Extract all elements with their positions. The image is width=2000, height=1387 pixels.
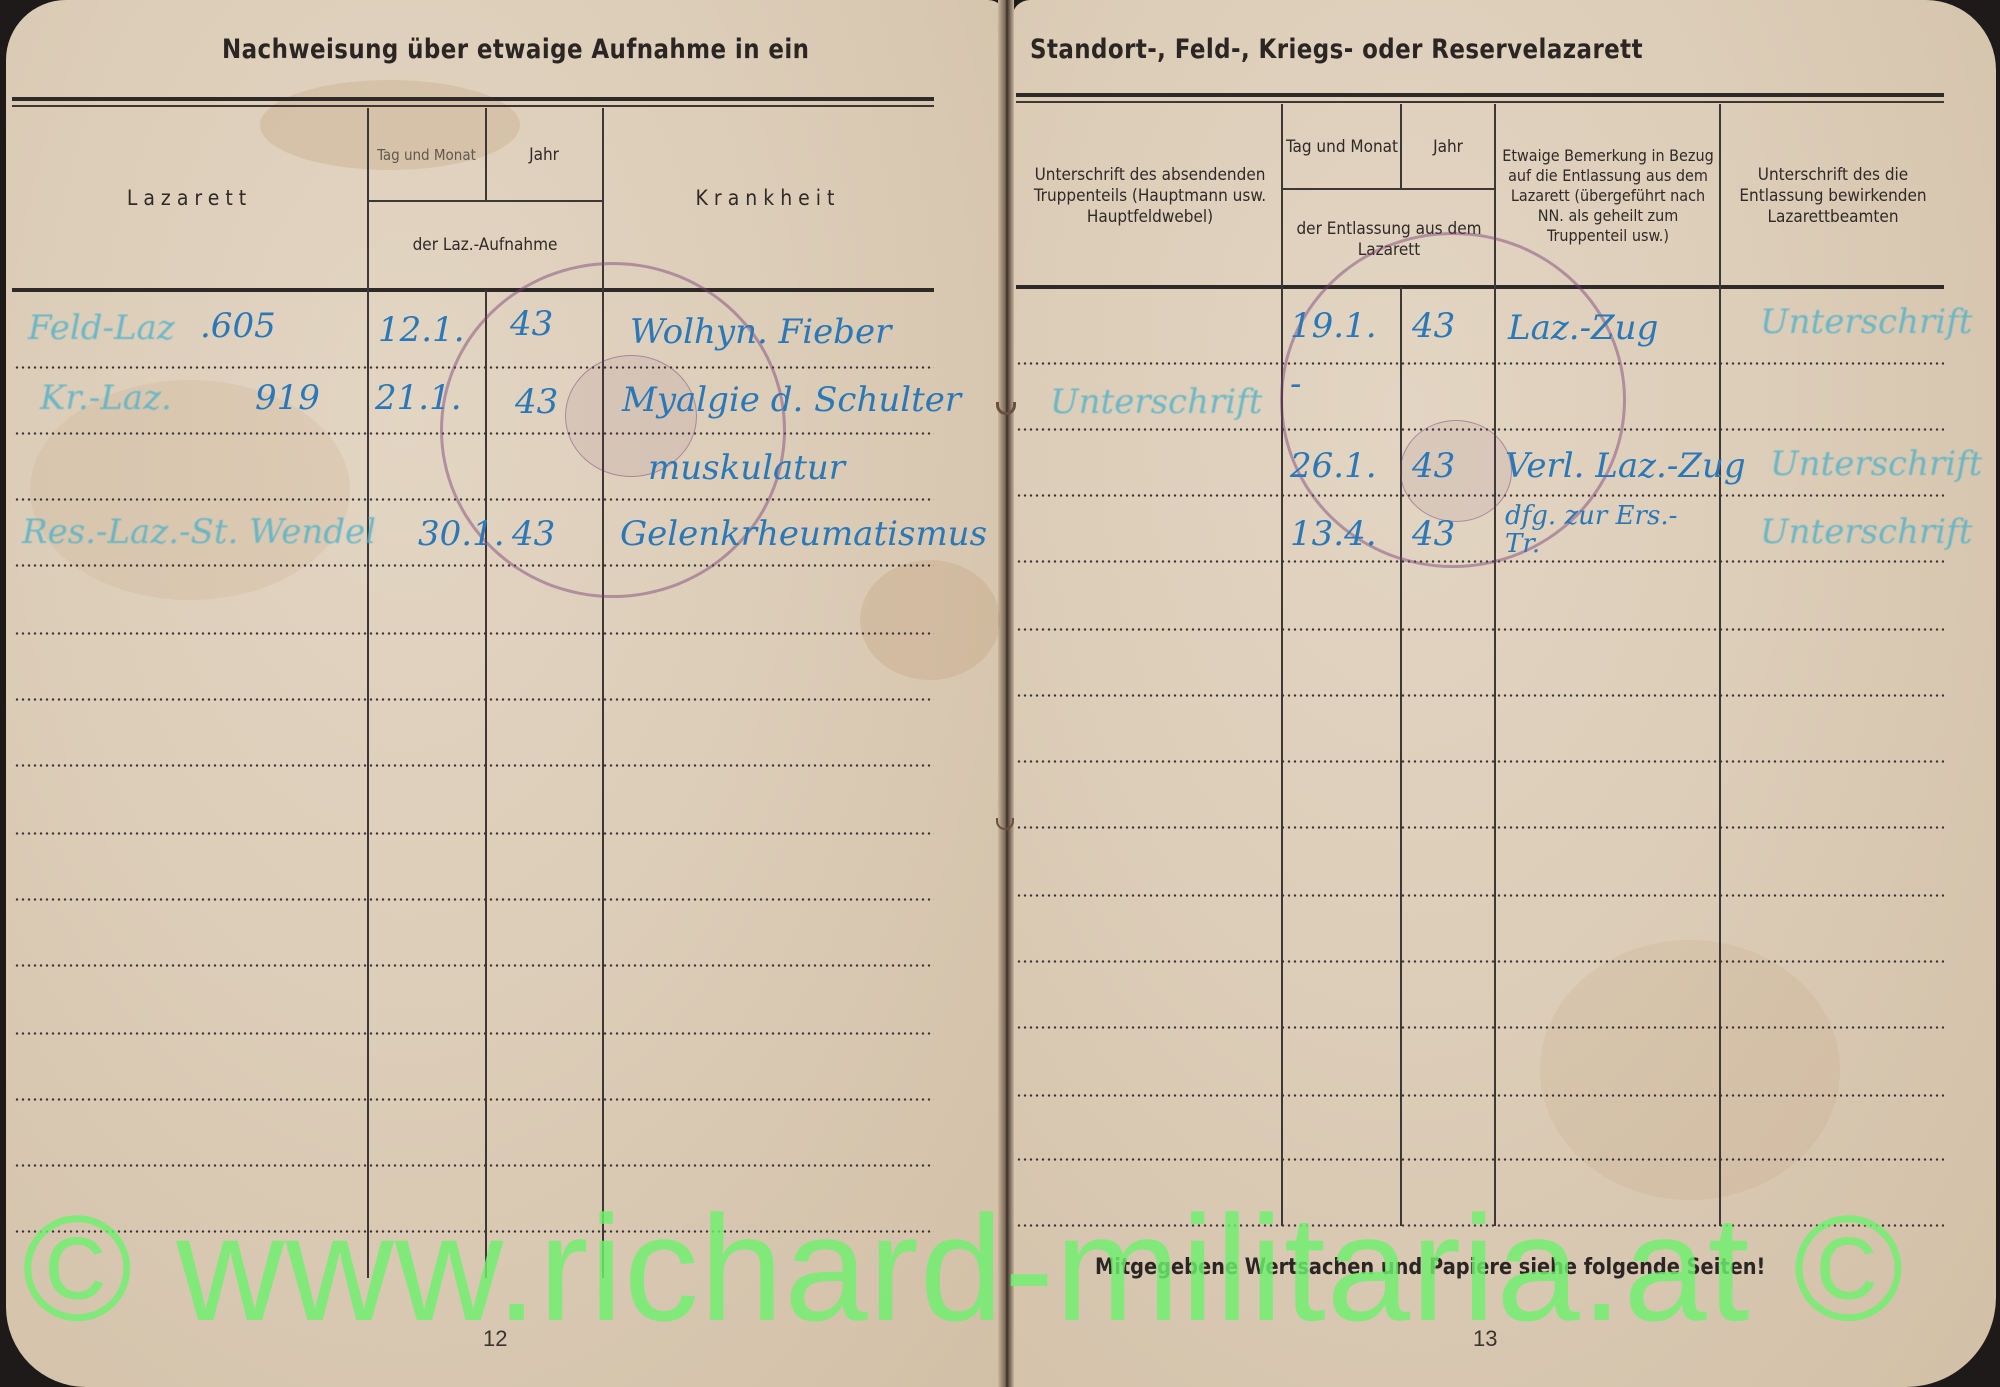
- row-line: [14, 964, 934, 967]
- row1-krankheit: Wolhyn. Fieber: [630, 312, 891, 352]
- row1-lazarett-faded: Feld-Laz: [28, 308, 175, 348]
- header-jahr: Jahr: [486, 120, 602, 190]
- book-spine: [998, 0, 1014, 1387]
- row-line: [1016, 960, 1944, 963]
- page-number-left: 12: [483, 1326, 507, 1352]
- row-line: [14, 632, 934, 635]
- top-rule-right-thin: [1016, 101, 1944, 103]
- header-tag-monat-right: Tag und Monat: [1284, 112, 1400, 182]
- row4-tag-monat: 30.1.: [418, 514, 505, 554]
- r-row3-unterschrift: Unterschrift: [1770, 444, 1982, 484]
- row2-krankheit: Myalgie d. Schulter: [622, 380, 961, 420]
- row2-lazarett: 919: [255, 378, 320, 418]
- row-line: [14, 832, 934, 835]
- subheader-rule: [368, 200, 602, 202]
- header-krankheit: Krankheit: [603, 108, 933, 288]
- row-line: [1016, 1158, 1944, 1161]
- page-number-right: 13: [1473, 1326, 1497, 1352]
- row1-jahr: 43: [510, 304, 553, 344]
- footer-note: Mitgegebene Wertsachen und Papiere siehe…: [1095, 1255, 1765, 1280]
- row-line: [1016, 1026, 1944, 1029]
- row4-krankheit: Gelenkrheumatismus: [620, 514, 987, 554]
- row-line: [1016, 1224, 1944, 1227]
- header-lazarett: Lazarett: [12, 108, 367, 288]
- row-line: [14, 898, 934, 901]
- row-line: [1016, 694, 1944, 697]
- row2-jahr: 43: [515, 382, 558, 422]
- r-row4-bemerkung: dfg. zur Ers.-Tr.: [1505, 502, 1705, 558]
- top-rule-right: [1016, 93, 1944, 97]
- r-row4-tag-monat: 13.4.: [1290, 514, 1377, 554]
- top-rule: [12, 97, 934, 101]
- r-row1-tag-monat: 19.1.: [1290, 306, 1377, 346]
- subheader-rule: [1282, 188, 1494, 190]
- row-line: [14, 1032, 934, 1035]
- row-line: [1016, 628, 1944, 631]
- row-line: [1016, 760, 1944, 763]
- title-left: Nachweisung über etwaige Aufnahme in ein: [222, 34, 809, 65]
- header-bottom-rule: [12, 288, 934, 292]
- row-line: [1016, 1094, 1944, 1097]
- header-jahr-right: Jahr: [1402, 112, 1494, 182]
- row-line: [14, 698, 934, 701]
- row-line: [1016, 826, 1944, 829]
- header-unterschrift-beamten: Unterschrift des die Entlassung bewirken…: [1722, 110, 1944, 282]
- row-line: [14, 1230, 934, 1233]
- row1-tag-monat: 12.1.: [378, 310, 465, 350]
- r-row3-bemerkung: Verl. Laz.-Zug: [1505, 446, 1746, 486]
- row2-lazarett-faded: Kr.-Laz.: [40, 378, 172, 418]
- r-row2-unterschrift-truppenteil: Unterschrift: [1050, 382, 1262, 422]
- row-line: [14, 564, 934, 567]
- row4-jahr: 43: [512, 514, 555, 554]
- row2-tag-monat: 21.1.: [375, 378, 462, 418]
- r-row4-jahr: 43: [1412, 514, 1455, 554]
- r-row3-jahr: 43: [1412, 446, 1455, 486]
- row-line: [14, 1098, 934, 1101]
- row-line: [14, 764, 934, 767]
- header-unterschrift-truppenteil: Unterschrift des absendenden Truppenteil…: [1020, 110, 1280, 282]
- water-stain: [860, 560, 1000, 680]
- row-line: [14, 1164, 934, 1167]
- r-row4-unterschrift: Unterschrift: [1760, 512, 1972, 552]
- row1-lazarett: .605: [200, 306, 276, 346]
- r-row3-tag-monat: 26.1.: [1290, 446, 1377, 486]
- r-row1-jahr: 43: [1412, 306, 1455, 346]
- column-divider: [1281, 104, 1283, 1226]
- row-line: [1016, 894, 1944, 897]
- r-row1-unterschrift: Unterschrift: [1760, 302, 1972, 342]
- row3-krankheit: muskulatur: [648, 448, 845, 488]
- top-rule-thin: [12, 105, 934, 107]
- header-tag-monat: Tag und Monat: [368, 120, 485, 190]
- water-stain: [1540, 940, 1840, 1200]
- row4-lazarett-faded: Res.-Laz.-St. Wendel: [22, 512, 376, 552]
- column-divider: [1719, 104, 1721, 1226]
- r-row2-tag-monat: -: [1290, 364, 1302, 404]
- title-right: Standort-, Feld-, Kriegs- oder Reservela…: [1030, 34, 1643, 65]
- r-row1-bemerkung: Laz.-Zug: [1508, 308, 1658, 348]
